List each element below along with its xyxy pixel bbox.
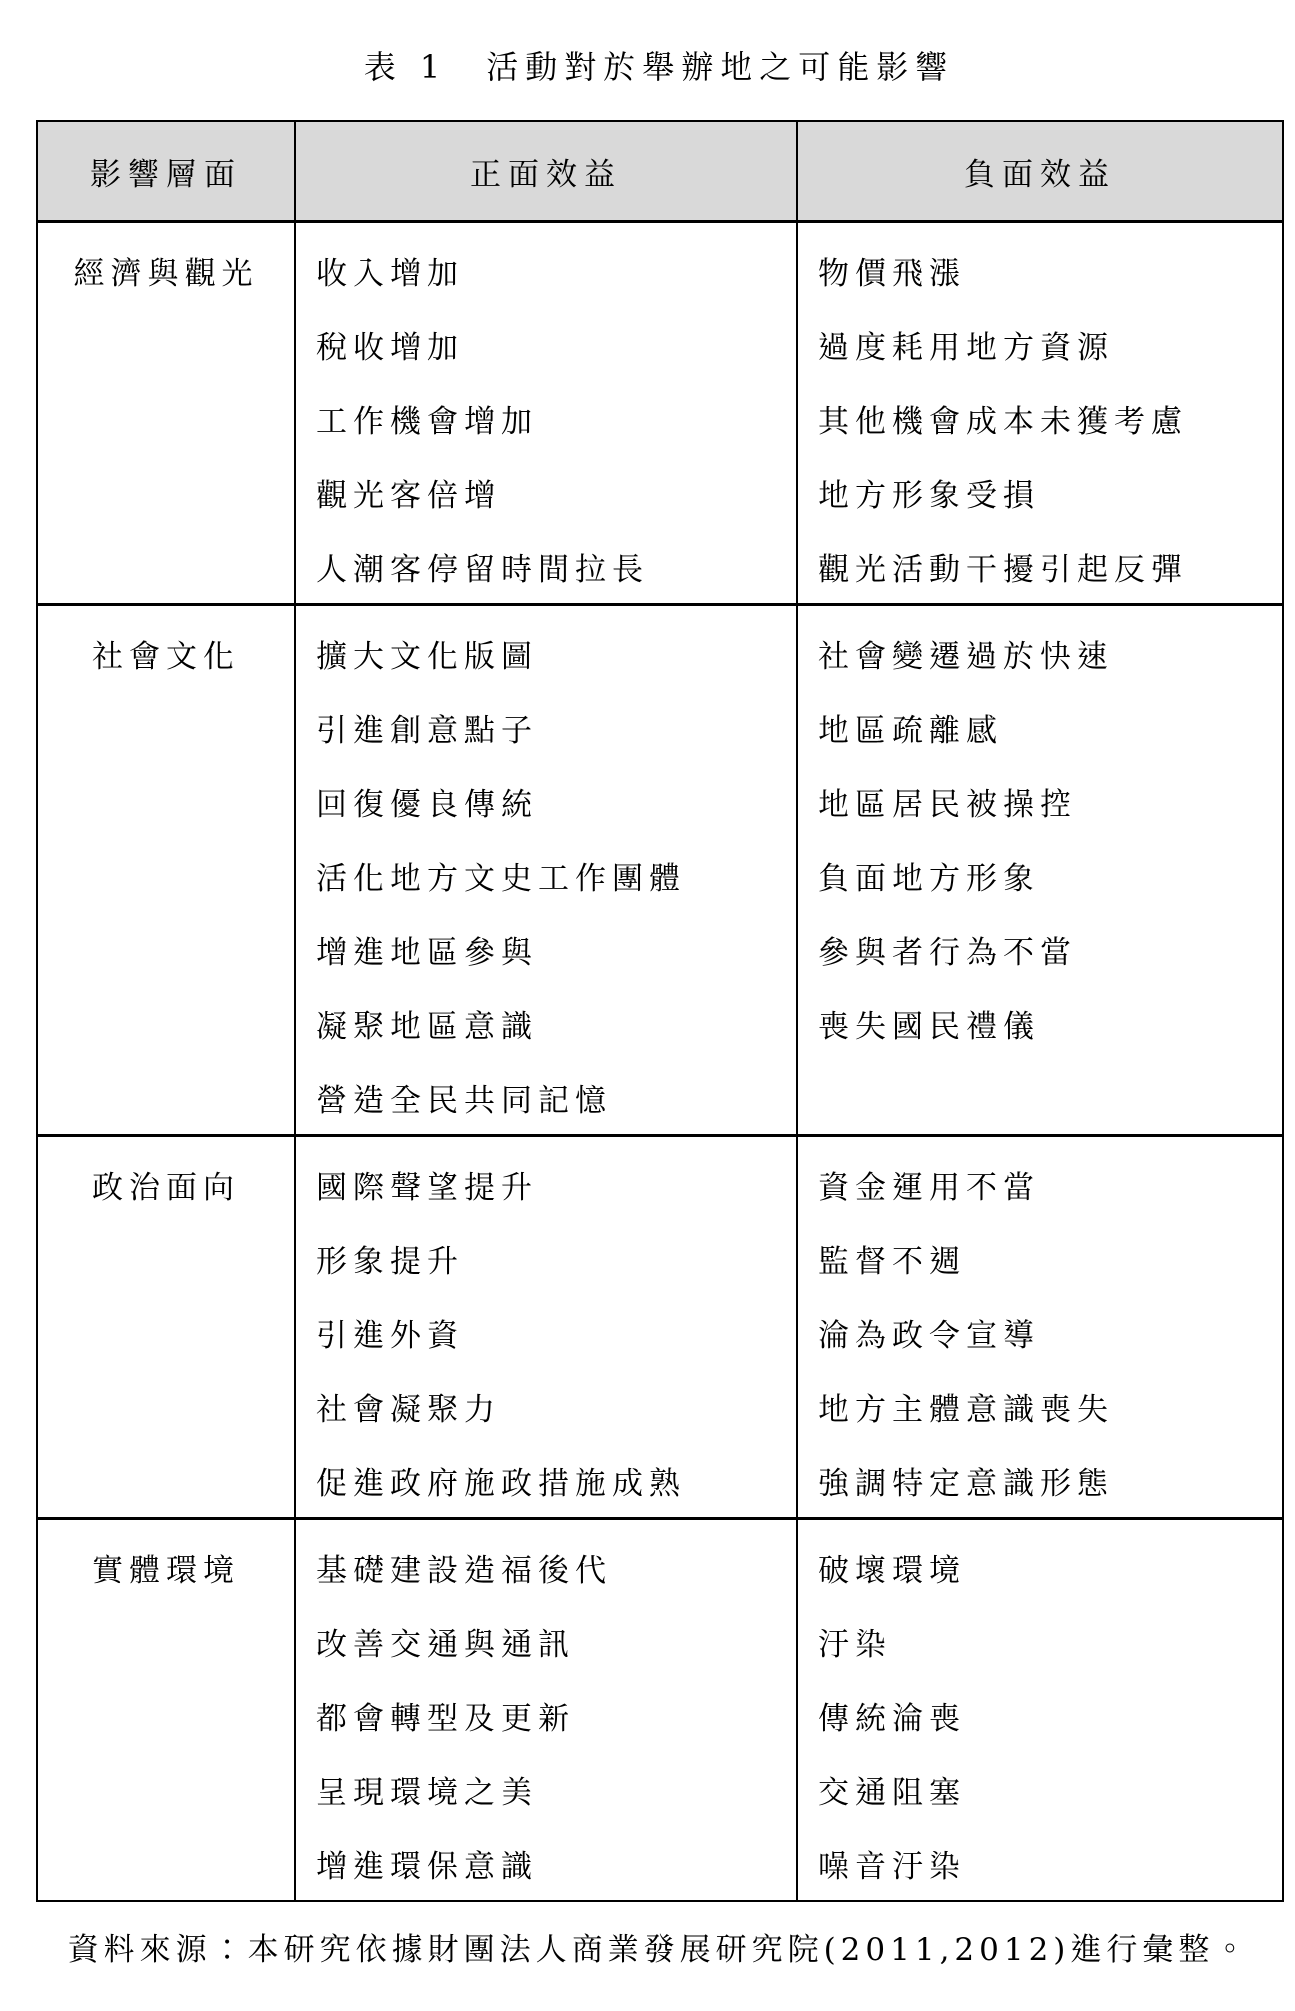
positive-item: 營造全民共同記憶 bbox=[296, 1060, 796, 1134]
negative-item: 汙染 bbox=[798, 1604, 1282, 1678]
category-label: 政治面向 bbox=[38, 1147, 294, 1221]
category-label: 實體環境 bbox=[38, 1530, 294, 1604]
negative-item: 其他機會成本未獲考慮 bbox=[798, 381, 1282, 455]
negative-item: 觀光活動干擾引起反彈 bbox=[798, 529, 1282, 603]
positive-item: 國際聲望提升 bbox=[296, 1147, 796, 1221]
positive-item: 擴大文化版圖 bbox=[296, 616, 796, 690]
table-row: 政治面向國際聲望提升形象提升引進外資社會凝聚力促進政府施政措施成熟資金運用不當監… bbox=[37, 1136, 1283, 1519]
table-row: 實體環境基礎建設造福後代改善交通與通訊都會轉型及更新呈現環境之美增進環保意識破壞… bbox=[37, 1519, 1283, 1902]
positive-item: 促進政府施政措施成熟 bbox=[296, 1443, 796, 1517]
negative-item: 資金運用不當 bbox=[798, 1147, 1282, 1221]
header-row: 影響層面 正面效益 負面效益 bbox=[37, 121, 1283, 222]
negative-item: 監督不週 bbox=[798, 1221, 1282, 1295]
category-label: 經濟與觀光 bbox=[38, 233, 294, 307]
positive-item: 基礎建設造福後代 bbox=[296, 1530, 796, 1604]
positive-cell: 國際聲望提升形象提升引進外資社會凝聚力促進政府施政措施成熟 bbox=[295, 1136, 797, 1519]
negative-item: 傳統淪喪 bbox=[798, 1678, 1282, 1752]
positive-item: 人潮客停留時間拉長 bbox=[296, 529, 796, 603]
category-cell: 政治面向 bbox=[37, 1136, 295, 1519]
negative-item: 地區居民被操控 bbox=[798, 764, 1282, 838]
positive-item: 增進地區參與 bbox=[296, 912, 796, 986]
positive-item: 觀光客倍增 bbox=[296, 455, 796, 529]
positive-item: 社會凝聚力 bbox=[296, 1369, 796, 1443]
negative-item: 物價飛漲 bbox=[798, 233, 1282, 307]
negative-item: 破壞環境 bbox=[798, 1530, 1282, 1604]
positive-item: 改善交通與通訊 bbox=[296, 1604, 796, 1678]
source-note: 資料來源：本研究依據財團法人商業發展研究院(2011,2012)進行彙整。 bbox=[36, 1924, 1282, 1969]
positive-item: 引進創意點子 bbox=[296, 690, 796, 764]
impact-table: 影響層面 正面效益 負面效益 經濟與觀光收入增加稅收增加工作機會增加觀光客倍增人… bbox=[36, 120, 1284, 1902]
positive-cell: 擴大文化版圖引進創意點子回復優良傳統活化地方文史工作團體增進地區參與凝聚地區意識… bbox=[295, 605, 797, 1136]
negative-item: 負面地方形象 bbox=[798, 838, 1282, 912]
category-cell: 經濟與觀光 bbox=[37, 222, 295, 605]
negative-item: 地區疏離感 bbox=[798, 690, 1282, 764]
negative-cell: 破壞環境汙染傳統淪喪交通阻塞噪音汙染 bbox=[797, 1519, 1283, 1902]
negative-item: 喪失國民禮儀 bbox=[798, 986, 1282, 1060]
negative-item: 噪音汙染 bbox=[798, 1826, 1282, 1900]
category-cell: 實體環境 bbox=[37, 1519, 295, 1902]
negative-cell: 物價飛漲過度耗用地方資源其他機會成本未獲考慮地方形象受損觀光活動干擾引起反彈 bbox=[797, 222, 1283, 605]
positive-item: 凝聚地區意識 bbox=[296, 986, 796, 1060]
negative-item: 過度耗用地方資源 bbox=[798, 307, 1282, 381]
positive-item: 稅收增加 bbox=[296, 307, 796, 381]
table-row: 社會文化擴大文化版圖引進創意點子回復優良傳統活化地方文史工作團體增進地區參與凝聚… bbox=[37, 605, 1283, 1136]
positive-cell: 收入增加稅收增加工作機會增加觀光客倍增人潮客停留時間拉長 bbox=[295, 222, 797, 605]
col-header-aspect: 影響層面 bbox=[37, 121, 295, 222]
positive-item: 都會轉型及更新 bbox=[296, 1678, 796, 1752]
positive-item: 工作機會增加 bbox=[296, 381, 796, 455]
negative-cell: 資金運用不當監督不週淪為政令宣導地方主體意識喪失強調特定意識形態 bbox=[797, 1136, 1283, 1519]
positive-cell: 基礎建設造福後代改善交通與通訊都會轉型及更新呈現環境之美增進環保意識 bbox=[295, 1519, 797, 1902]
positive-item: 引進外資 bbox=[296, 1295, 796, 1369]
category-cell: 社會文化 bbox=[37, 605, 295, 1136]
negative-item: 交通阻塞 bbox=[798, 1752, 1282, 1826]
col-header-negative: 負面效益 bbox=[797, 121, 1283, 222]
positive-item: 增進環保意識 bbox=[296, 1826, 796, 1900]
table-caption: 表 1 活動對於舉辦地之可能影響 bbox=[36, 42, 1282, 88]
negative-item: 淪為政令宣導 bbox=[798, 1295, 1282, 1369]
negative-item: 參與者行為不當 bbox=[798, 912, 1282, 986]
col-header-positive: 正面效益 bbox=[295, 121, 797, 222]
positive-item: 收入增加 bbox=[296, 233, 796, 307]
negative-item: 社會變遷過於快速 bbox=[798, 616, 1282, 690]
table-row: 經濟與觀光收入增加稅收增加工作機會增加觀光客倍增人潮客停留時間拉長物價飛漲過度耗… bbox=[37, 222, 1283, 605]
positive-item: 呈現環境之美 bbox=[296, 1752, 796, 1826]
positive-item: 活化地方文史工作團體 bbox=[296, 838, 796, 912]
negative-cell: 社會變遷過於快速地區疏離感地區居民被操控負面地方形象參與者行為不當喪失國民禮儀 bbox=[797, 605, 1283, 1136]
negative-item: 強調特定意識形態 bbox=[798, 1443, 1282, 1517]
negative-item: 地方形象受損 bbox=[798, 455, 1282, 529]
category-label: 社會文化 bbox=[38, 616, 294, 690]
negative-item: 地方主體意識喪失 bbox=[798, 1369, 1282, 1443]
positive-item: 形象提升 bbox=[296, 1221, 796, 1295]
positive-item: 回復優良傳統 bbox=[296, 764, 796, 838]
document-page: 表 1 活動對於舉辦地之可能影響 影響層面 正面效益 負面效益 經濟與觀光收入增… bbox=[36, 0, 1282, 1969]
